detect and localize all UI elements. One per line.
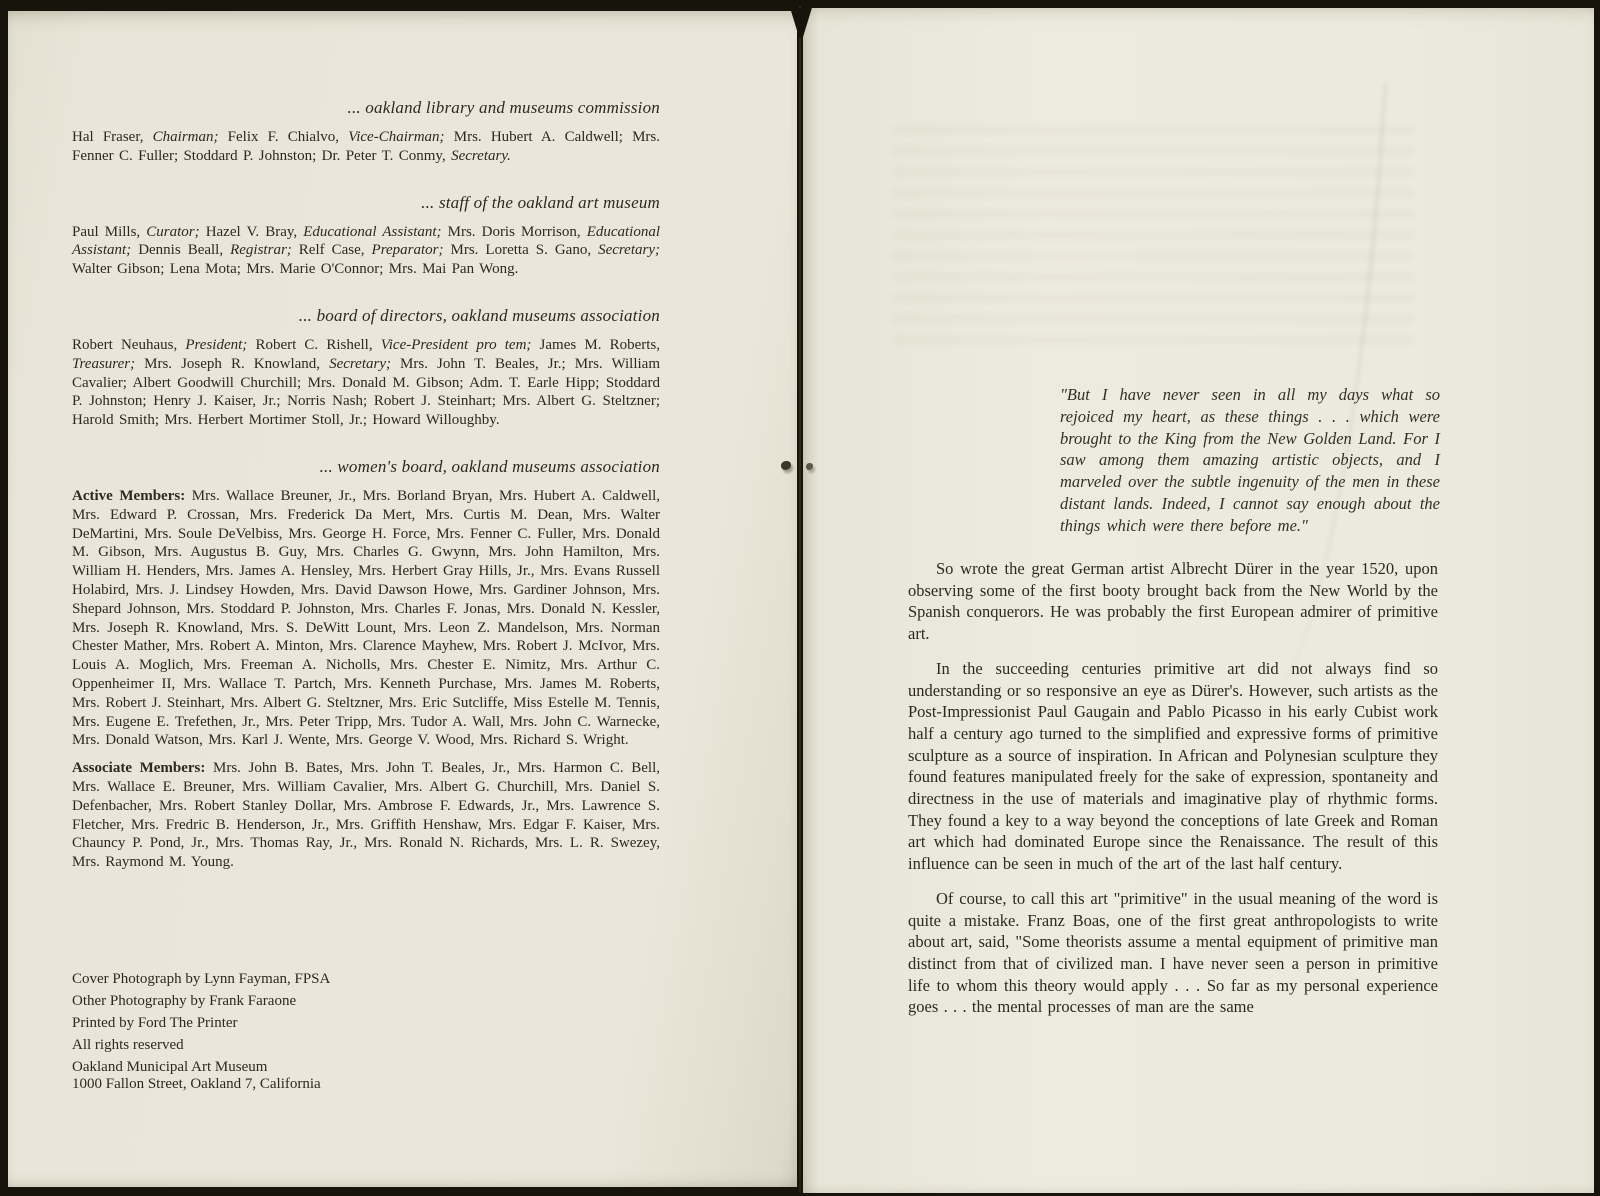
right-page-body: So wrote the great German artist Albrech… (908, 558, 1438, 1031)
section-museum-staff: ... staff of the oakland art museum Paul… (72, 192, 660, 279)
credit-other-photography: Other Photography by Frank Faraone (72, 993, 632, 1010)
paragraph-franz-boas: Of course, to call this art "primitive" … (908, 888, 1438, 1018)
credit-printer: Printed by Ford The Printer (72, 1015, 632, 1032)
durer-quote: "But I have never seen in all my days wh… (1060, 384, 1440, 537)
section-heading-board-of-directors: ... board of directors, oakland museums … (72, 305, 660, 326)
credit-cover-photograph: Cover Photograph by Lynn Fayman, FPSA (72, 971, 632, 988)
section-board-of-directors: ... board of directors, oakland museums … (72, 305, 660, 430)
left-page-content: ... oakland library and museums commissi… (72, 11, 660, 872)
show-through-ghosting (893, 126, 1413, 356)
section-heading-museum-staff: ... staff of the oakland art museum (72, 192, 660, 213)
womens-board-associate-members: Associate Members: Mrs. John B. Bates, M… (72, 759, 660, 872)
section-library-commission: ... oakland library and museums commissi… (72, 97, 660, 166)
section-body-museum-staff: Paul Mills, Curator; Hazel V. Bray, Educ… (72, 223, 660, 279)
credit-rights: All rights reserved (72, 1037, 632, 1054)
museum-address: 1000 Fallon Street, Oakland 7, Californi… (72, 1076, 632, 1093)
section-body-board-of-directors: Robert Neuhaus, President; Robert C. Ris… (72, 336, 660, 430)
page-gutter (799, 6, 801, 1193)
womens-board-active-members: Active Members: Mrs. Wallace Breuner, Jr… (72, 487, 660, 750)
right-page: "But I have never seen in all my days wh… (803, 8, 1594, 1193)
section-heading-womens-board: ... women's board, oakland museums assoc… (72, 456, 660, 477)
section-womens-board: ... women's board, oakland museums assoc… (72, 456, 660, 872)
paragraph-durer: So wrote the great German artist Albrech… (908, 558, 1438, 645)
museum-name: Oakland Municipal Art Museum (72, 1059, 632, 1076)
section-heading-library-commission: ... oakland library and museums commissi… (72, 97, 660, 118)
left-page: ... oakland library and museums commissi… (8, 11, 797, 1187)
credits-block: Cover Photograph by Lynn Fayman, FPSA Ot… (72, 971, 632, 1092)
section-body-library-commission: Hal Fraser, Chairman; Felix F. Chialvo, … (72, 128, 660, 166)
paragraph-succeeding-centuries: In the succeeding centuries primitive ar… (908, 658, 1438, 875)
